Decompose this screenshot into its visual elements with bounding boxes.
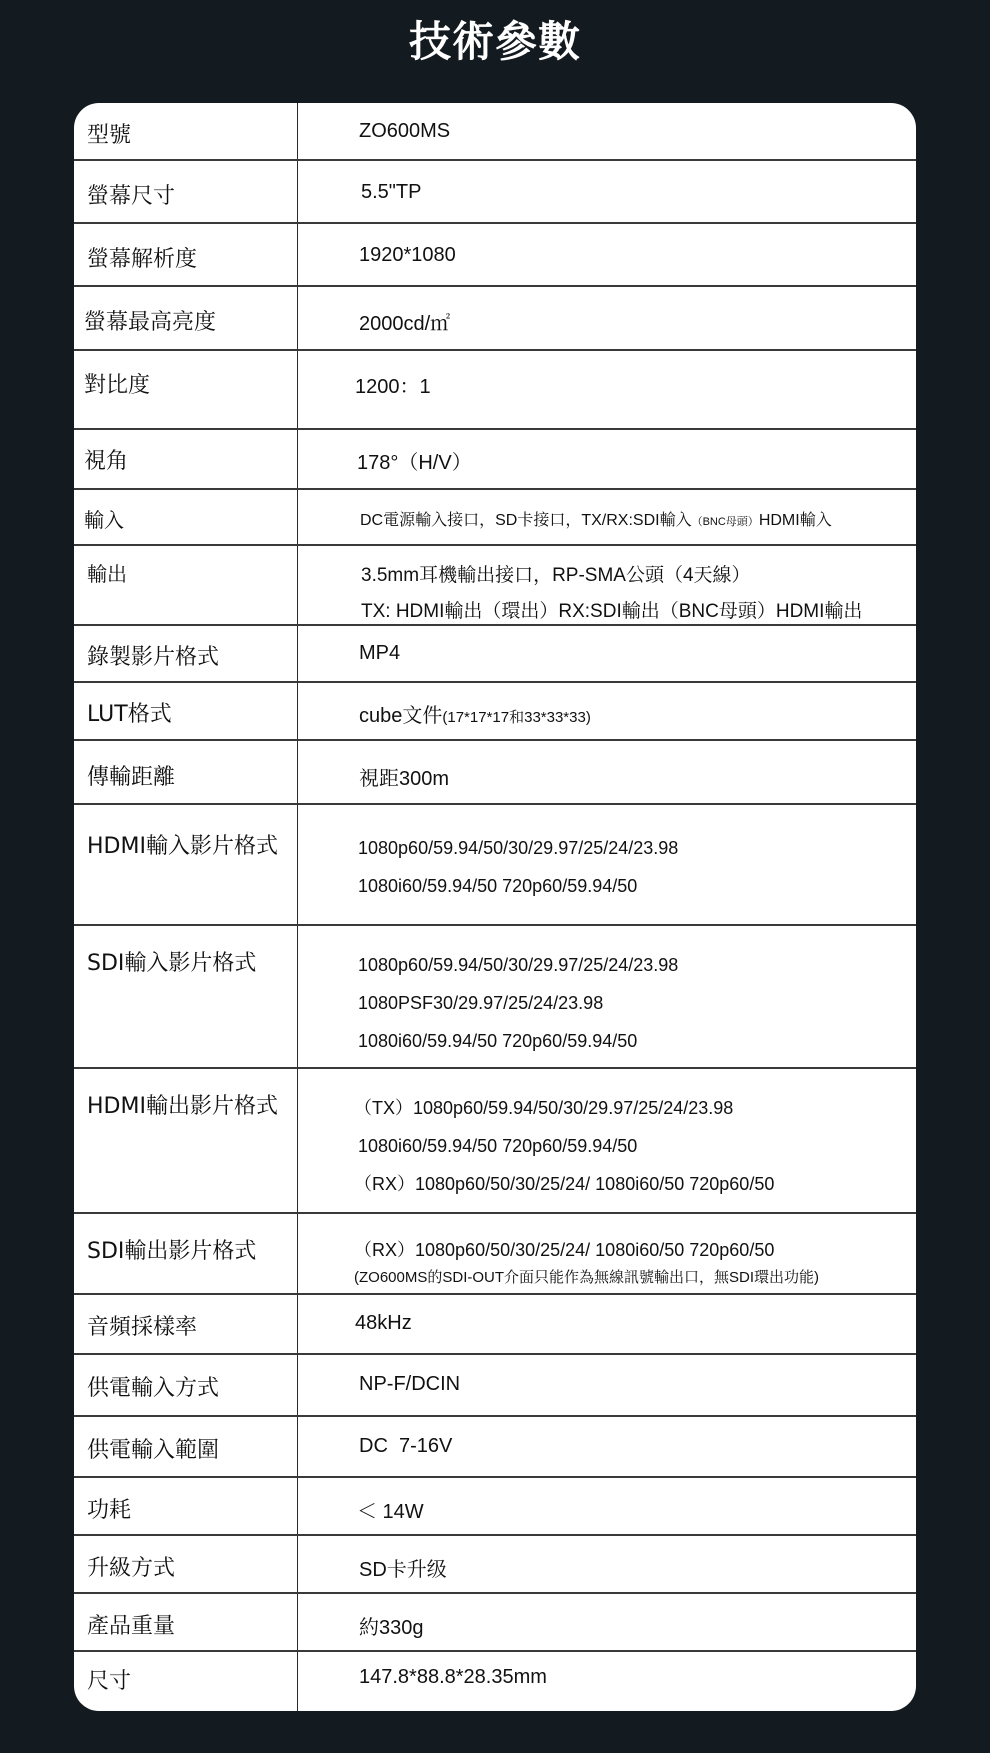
spec-label: 供電輸入範圍 — [87, 1433, 219, 1464]
spec-label: 錄製影片格式 — [87, 640, 219, 671]
spec-value: MP4 — [359, 642, 400, 665]
spec-value: 約330g — [359, 1611, 424, 1640]
spec-label: 輸入 — [84, 504, 124, 533]
spec-label: 螢幕尺寸 — [87, 179, 175, 210]
spec-value: ＜ 14W — [357, 1495, 424, 1524]
spec-row-power-input-method: 供電輸入方式 NP-F/DCIN — [74, 1355, 916, 1417]
spec-value: DC 7-16V — [359, 1435, 452, 1458]
spec-row-sdi-input-format: SDI輸入影片格式 1080p60/59.94/50/30/29.97/25/2… — [74, 926, 916, 1069]
spec-row-hdmi-input-format: HDMI輸入影片格式 1080p60/59.94/50/30/29.97/25/… — [74, 805, 916, 926]
spec-value: （RX）1080p60/50/30/25/24/ 1080i60/50 720p… — [354, 1236, 819, 1287]
spec-value: cube文件(17*17*17和33*33*33) — [359, 699, 591, 728]
spec-value: 視距300m — [359, 762, 449, 791]
spec-label: 螢幕解析度 — [87, 242, 197, 273]
spec-value: NP-F/DCIN — [359, 1373, 460, 1396]
spec-value: DC電源輸入接口，SD卡接口，TX/RX:SDI輸入（BNC母頭）HDMI輸入 — [360, 507, 832, 530]
spec-value: 1920*1080 — [359, 244, 456, 267]
spec-label: 傳輸距離 — [87, 760, 175, 791]
page-title: 技術參數 — [0, 14, 990, 70]
spec-row-dimensions: 尺寸 147.8*88.8*28.35mm — [74, 1652, 916, 1711]
spec-value: 178°（H/V） — [357, 446, 472, 475]
spec-label: 對比度 — [84, 368, 150, 399]
spec-label: SDI輸出影片格式 — [87, 1234, 256, 1265]
spec-label: 尺寸 — [87, 1664, 131, 1695]
spec-label: 升級方式 — [87, 1551, 175, 1582]
spec-row-resolution: 螢幕解析度 1920*1080 — [74, 224, 916, 287]
spec-row-record-format: 錄製影片格式 MP4 — [74, 626, 916, 683]
spec-row-model: 型號 ZO600MS — [74, 103, 916, 161]
spec-label: HDMI輸入影片格式 — [87, 829, 278, 860]
spec-label: 產品重量 — [87, 1609, 175, 1640]
sdi-output-note: (ZO600MS的SDI-OUT介面只能作為無線訊號輸出口，無SDI環出功能) — [354, 1266, 819, 1287]
spec-label: 輸出 — [87, 558, 127, 587]
spec-value: 1080p60/59.94/50/30/29.97/25/24/23.98 10… — [358, 829, 678, 905]
spec-row-output: 輸出 3.5mm耳機輸出接口，RP-SMA公頭（4天線） TX: HDMI輸出（… — [74, 546, 916, 626]
spec-row-viewing-angle: 視角 178°（H/V） — [74, 430, 916, 490]
spec-row-screen-size: 螢幕尺寸 5.5"TP — [74, 161, 916, 224]
spec-label: 型號 — [87, 118, 131, 149]
spec-value: 5.5"TP — [361, 181, 421, 204]
spec-label: 音頻採樣率 — [87, 1310, 197, 1341]
spec-label: HDMI輸出影片格式 — [87, 1089, 278, 1120]
spec-value: 3.5mm耳機輸出接口，RP-SMA公頭（4天線） TX: HDMI輸出（環出）… — [361, 558, 862, 630]
spec-label: 視角 — [84, 444, 128, 475]
spec-label: 螢幕最高亮度 — [84, 305, 216, 336]
spec-value: 2000cd/㎡ — [359, 307, 450, 336]
spec-value: 147.8*88.8*28.35mm — [359, 1666, 547, 1689]
spec-table: 型號 ZO600MS 螢幕尺寸 5.5"TP 螢幕解析度 1920*1080 螢… — [74, 103, 916, 1711]
spec-value: 1080p60/59.94/50/30/29.97/25/24/23.98 10… — [358, 946, 678, 1060]
spec-row-hdmi-output-format: HDMI輸出影片格式 （TX）1080p60/59.94/50/30/29.97… — [74, 1069, 916, 1214]
spec-label: 供電輸入方式 — [87, 1371, 219, 1402]
spec-row-lut-format: LUT格式 cube文件(17*17*17和33*33*33) — [74, 683, 916, 741]
spec-value: 48kHz — [355, 1312, 412, 1335]
spec-value: ZO600MS — [359, 120, 450, 143]
spec-row-power-consumption: 功耗 ＜ 14W — [74, 1478, 916, 1536]
spec-value: 1200：1 — [355, 370, 431, 399]
spec-row-contrast: 對比度 1200：1 — [74, 351, 916, 430]
spec-row-transmission-distance: 傳輸距離 視距300m — [74, 741, 916, 805]
spec-value: （TX）1080p60/59.94/50/30/29.97/25/24/23.9… — [354, 1089, 774, 1203]
spec-row-product-weight: 產品重量 約330g — [74, 1594, 916, 1652]
spec-label: 功耗 — [87, 1493, 131, 1524]
spec-row-sdi-output-format: SDI輸出影片格式 （RX）1080p60/50/30/25/24/ 1080i… — [74, 1214, 916, 1295]
spec-label: LUT格式 — [87, 697, 172, 728]
spec-row-brightness: 螢幕最高亮度 2000cd/㎡ — [74, 287, 916, 351]
spec-row-input: 輸入 DC電源輸入接口，SD卡接口，TX/RX:SDI輸入（BNC母頭）HDMI… — [74, 490, 916, 546]
spec-value: SD卡升级 — [359, 1553, 447, 1582]
spec-label: SDI輸入影片格式 — [87, 946, 256, 977]
spec-row-upgrade-method: 升級方式 SD卡升级 — [74, 1536, 916, 1594]
spec-row-power-input-range: 供電輸入範圍 DC 7-16V — [74, 1417, 916, 1478]
spec-row-audio-sample-rate: 音頻採樣率 48kHz — [74, 1295, 916, 1355]
